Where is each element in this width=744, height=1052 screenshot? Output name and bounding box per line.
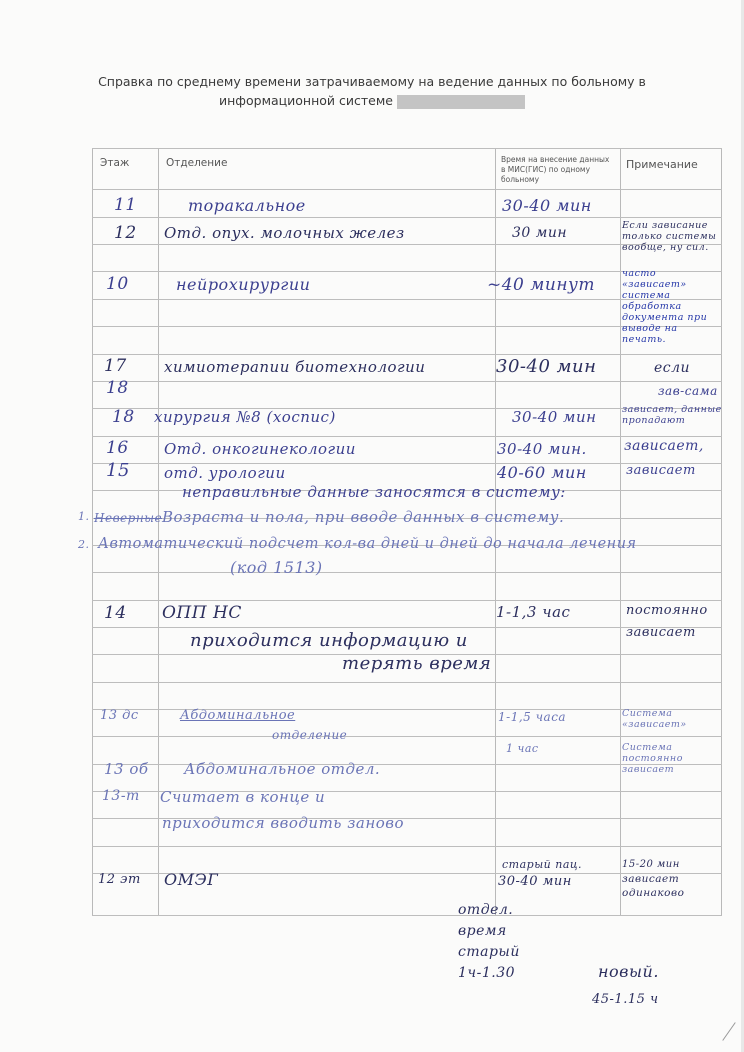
row-note-time: 15-20 мин <box>622 859 680 870</box>
document-title-line2: информационной системе <box>0 93 744 109</box>
row-note: зависает <box>626 463 696 478</box>
row-line <box>92 682 722 683</box>
document-title-line2-text: информационной системе <box>219 93 393 108</box>
table-border-right <box>721 148 722 916</box>
row-time: 1-1,3 час <box>496 603 570 621</box>
row-floor: 11 <box>114 195 137 215</box>
row-time: 30-40 мин <box>498 874 572 889</box>
row-time-secondary: 1 час <box>506 742 539 755</box>
row-note: зависает, данные пропадают <box>622 404 722 426</box>
row-department-line2: отделение <box>272 728 347 742</box>
row-floor: 12 <box>114 223 137 243</box>
row-time: 30-40 мин. <box>497 440 587 458</box>
bottom-note-line: отдел. <box>458 900 538 921</box>
bottom-note-line: время <box>458 921 538 942</box>
row-department: Отд. опух. молочных желез <box>164 224 405 242</box>
row-department: химиотерапии биотехнологии <box>164 358 425 376</box>
row-note: зав-сама <box>658 384 718 398</box>
row-note: Если зависание только системы вообще, ну… <box>622 220 732 253</box>
row-department: отд. урологии <box>164 464 286 482</box>
bottom-note-line: старый <box>458 942 538 963</box>
row-department: ОМЭГ <box>164 870 218 889</box>
row-line <box>92 436 722 437</box>
row-note: зависает, <box>624 438 704 454</box>
row-floor: 18 <box>112 407 135 427</box>
bottom-note-left: отдел. время старый 1ч-1.30 <box>458 900 538 984</box>
row-comment-line1: приходится информацию и <box>190 630 468 651</box>
urology-comment: неправильные данные заносятся в систему: <box>182 483 566 501</box>
row-note: если <box>654 360 690 376</box>
row-floor: 12 эт <box>98 872 141 887</box>
row-department: Отд. онкогинекологии <box>164 440 356 458</box>
row-floor: 17 <box>104 356 127 376</box>
row-floor: 13 об <box>104 760 149 778</box>
row-floor: 15 <box>106 460 130 481</box>
row-note: зависает одинаково <box>622 872 720 900</box>
row-department: хирургия №8 (хоспис) <box>154 408 336 426</box>
row-time: 1-1,5 часа <box>498 710 566 724</box>
row-time: ~40 минут <box>487 275 595 295</box>
row-floor: 16 <box>106 438 129 458</box>
row-note: Система «зависает» <box>622 708 717 730</box>
header-floor: Этаж <box>100 157 129 169</box>
row-line <box>92 572 722 573</box>
row-note-secondary: Система постоянно зависает <box>622 742 717 775</box>
row-department: Абдоминальное <box>180 708 295 723</box>
row-line <box>92 189 722 190</box>
column-divider-department <box>495 148 496 916</box>
row-comment-line2: терять время <box>342 653 491 674</box>
table-border-top <box>92 148 722 149</box>
row-line <box>92 354 722 355</box>
row-department: Считает в конце и <box>160 788 325 806</box>
corner-mark <box>722 1022 735 1041</box>
column-divider-time <box>620 148 621 916</box>
urology-item: Автоматический подсчет кол-ва дней и дне… <box>98 536 637 552</box>
urology-item-marker: 2. <box>78 538 90 551</box>
bottom-note-new-value: 45-1.15 ч <box>592 992 659 1007</box>
time-report-table: Этаж Отделение Время на внесение данных … <box>92 148 722 916</box>
row-floor: 13-т <box>102 788 140 804</box>
row-floor: 10 <box>106 274 129 294</box>
row-floor: 13 дс <box>100 708 139 723</box>
row-department-line2: приходится вводить заново <box>162 814 404 832</box>
urology-item: Возраста и пола, при вводе данных в сист… <box>162 508 564 526</box>
row-note: часто «зависает» система обработка докум… <box>622 268 722 345</box>
column-divider-floor <box>158 148 159 916</box>
bottom-note-new-label: новый. <box>598 962 659 981</box>
row-floor: 14 <box>104 603 127 623</box>
row-department: торакальное <box>188 196 306 215</box>
row-time: 40-60 мин <box>497 463 587 482</box>
row-department: Абдоминальное отдел. <box>184 760 380 778</box>
row-note: постоянно зависает <box>626 600 716 644</box>
urology-item-prefix-struck: Неверные <box>94 511 162 525</box>
table-border-left <box>92 148 93 916</box>
bottom-note-line: 1ч-1.30 <box>458 963 538 984</box>
row-line <box>92 381 722 382</box>
row-time-label: старый пац. <box>502 858 582 871</box>
urology-item-marker: 1. <box>78 510 90 523</box>
row-line <box>92 736 722 737</box>
header-note: Примечание <box>626 158 698 171</box>
row-line <box>92 217 722 218</box>
row-time: 30-40 мин <box>502 196 592 215</box>
row-time: 30 мин <box>512 225 567 241</box>
row-floor: 18 <box>106 378 129 398</box>
redacted-system-name <box>397 95 525 109</box>
urology-code: (код 1513) <box>230 558 323 577</box>
row-department: ОПП НС <box>162 603 242 623</box>
row-department: нейрохирургии <box>176 275 310 294</box>
table-border-bottom <box>92 915 722 916</box>
header-time: Время на внесение данных в МИС(ГИС) по о… <box>501 155 616 185</box>
row-time: 30-40 мин <box>512 408 597 426</box>
row-line <box>92 846 722 847</box>
row-time: 30-40 мин <box>496 356 597 377</box>
document-title-line1: Справка по среднему времени затрачиваемо… <box>0 74 744 89</box>
header-department: Отделение <box>166 157 227 169</box>
